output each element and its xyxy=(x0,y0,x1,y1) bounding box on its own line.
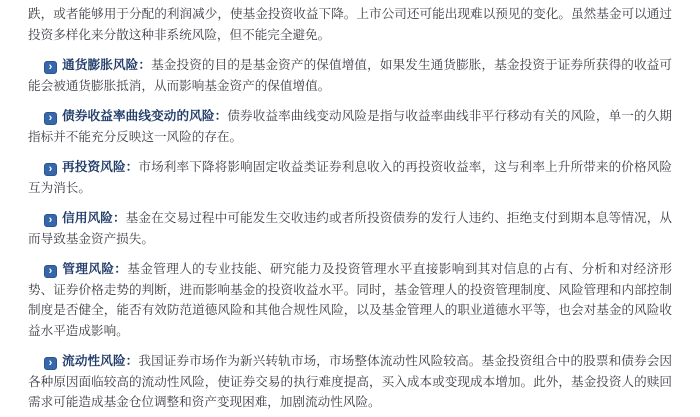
bullet-arrow-icon: › xyxy=(44,163,57,176)
risk-paragraph-management: ›管理风险：基金管理人的专业技能、研究能力及投资管理水平直接影响到其对信息的占有… xyxy=(28,259,672,341)
risk-title: 管理风险： xyxy=(62,262,127,276)
bullet-arrow-icon: › xyxy=(44,214,57,227)
risk-title: 流动性风险： xyxy=(62,354,138,368)
arrow-glyph: › xyxy=(49,357,53,369)
arrow-glyph: › xyxy=(49,163,53,175)
risk-paragraph-liquidity: ›流动性风险：我国证券市场作为新兴转轨市场，市场整体流动性风险较高。基金投资组合… xyxy=(28,351,672,413)
risk-disclosure-document: 跌，或者能够用于分配的利润减少，使基金投资收益下降。上市公司还可能出现难以预见的… xyxy=(0,0,700,413)
intro-text: 跌，或者能够用于分配的利润减少，使基金投资收益下降。上市公司还可能出现难以预见的… xyxy=(28,7,672,42)
bullet-arrow-icon: › xyxy=(44,357,57,370)
risk-title: 信用风险： xyxy=(62,211,126,225)
risk-title: 再投资风险： xyxy=(62,160,138,174)
arrow-glyph: › xyxy=(49,112,53,124)
arrow-glyph: › xyxy=(49,214,53,226)
risk-paragraph-credit: ›信用风险：基金在交易过程中可能发生交收违约或者所投资债券的发行人违约、拒绝支付… xyxy=(28,208,672,249)
risk-paragraph-inflation: ›通货膨胀风险：基金投资的目的是基金资产的保值增值，如果发生通货膨胀，基金投资于… xyxy=(28,55,672,96)
risk-paragraph-reinvestment: ›再投资风险：市场利率下降将影响固定收益类证券利息收入的再投资收益率，这与利率上… xyxy=(28,157,672,198)
arrow-glyph: › xyxy=(49,265,53,277)
risk-title: 债券收益率曲线变动的风险： xyxy=(62,109,227,123)
arrow-glyph: › xyxy=(49,61,53,73)
bullet-arrow-icon: › xyxy=(44,112,57,125)
intro-paragraph: 跌，或者能够用于分配的利润减少，使基金投资收益下降。上市公司还可能出现难以预见的… xyxy=(28,4,672,45)
bullet-arrow-icon: › xyxy=(44,61,57,74)
risk-paragraph-yield-curve: ›债券收益率曲线变动的风险：债券收益率曲线变动风险是指与收益率曲线非平行移动有关… xyxy=(28,106,672,147)
risk-title: 通货膨胀风险： xyxy=(62,58,151,72)
bullet-arrow-icon: › xyxy=(44,265,57,278)
